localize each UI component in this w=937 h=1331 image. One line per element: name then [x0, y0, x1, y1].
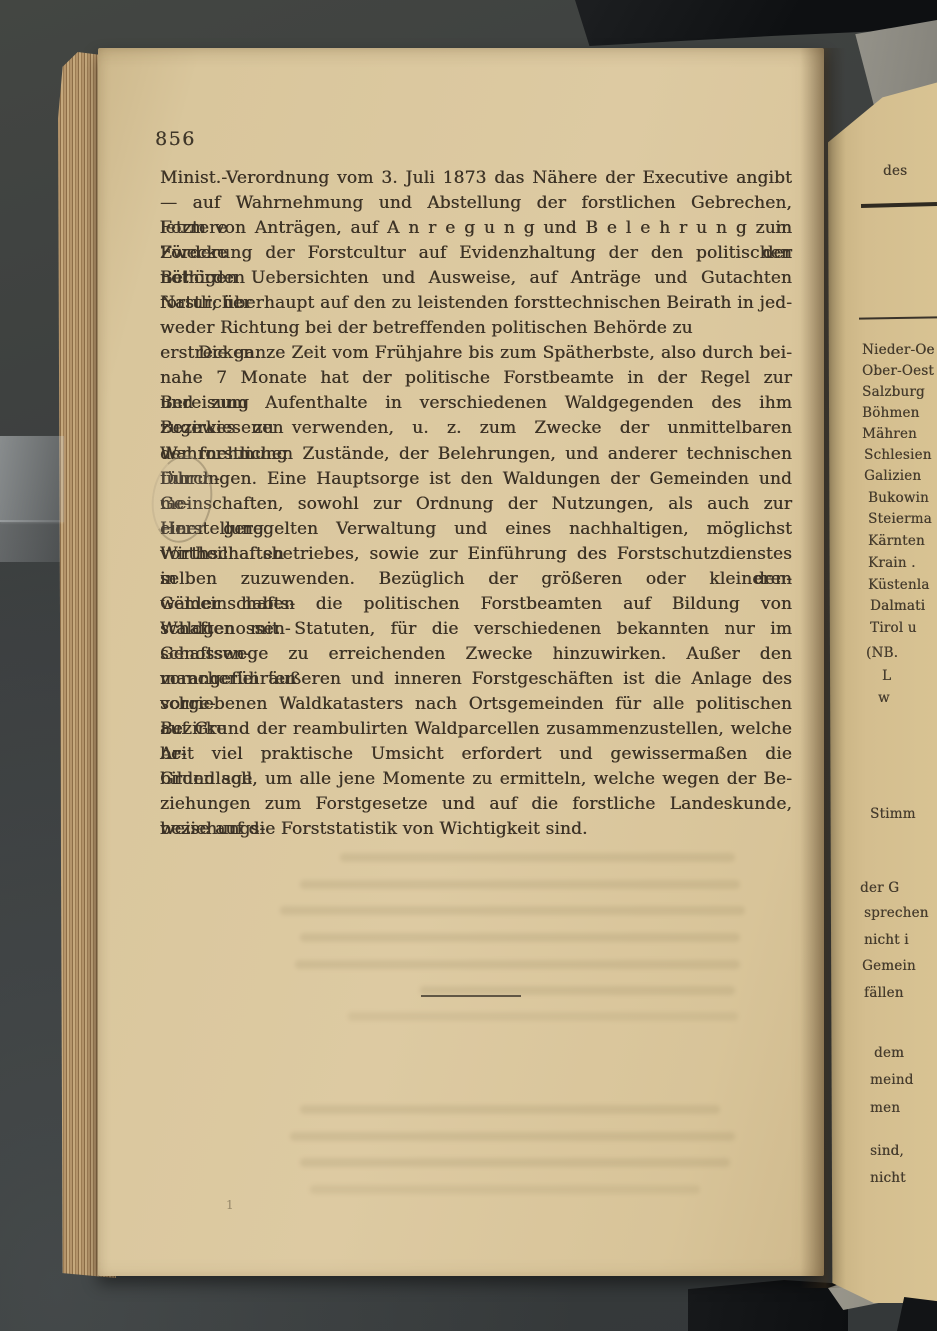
next-page-text-fragment: Schlesien — [864, 447, 932, 463]
next-page-text-fragment: des — [883, 163, 907, 179]
ghost-bleedthrough-line — [280, 906, 745, 915]
transparent-page-holder — [0, 436, 64, 522]
next-page-sliver: desNieder-OeOber-OestSalzburgBöhmenMähre… — [828, 55, 937, 1303]
body-text-block: Minist.-Verordnung vom 3. Juli 1873 das … — [160, 166, 792, 842]
body-text-line: der forstlichen Zustände, der Belehrunge… — [160, 442, 792, 467]
body-text-line: selben zuzuwenden. Bezüglich der größere… — [160, 567, 792, 592]
book-scan-photo: { "page": { "number": "856", "lines": [ … — [0, 0, 937, 1331]
next-page-text-fragment: Nieder-Oe — [862, 342, 935, 358]
body-text-line: einer geregelten Verwaltung und eines na… — [160, 517, 792, 542]
ghost-bleedthrough-line — [340, 853, 735, 862]
body-text-line: — auf Wahrnehmung und Abstellung der for… — [160, 191, 792, 216]
next-page-text-fragment: Ober-Oest — [862, 363, 934, 379]
next-page-text-fragment: w — [878, 690, 890, 706]
body-text-line: Form von Anträgen, auf A n r e g u n g u… — [160, 216, 792, 241]
next-page-text-fragment: Gemein — [862, 958, 916, 974]
body-text-line: Bezirkes zu verwenden, u. z. zum Zwecke … — [160, 416, 792, 441]
book-cover-bottom-edge — [688, 1280, 848, 1331]
next-page-text-fragment: der G — [860, 880, 899, 896]
signature-mark: 1 — [226, 1198, 234, 1212]
next-page-text-fragment: (NB. — [866, 645, 898, 661]
body-text-line: schaften mit Statuten, für die verschied… — [160, 617, 792, 642]
body-text-line: schaftswege zu erreichenden Zwecke hinzu… — [160, 642, 792, 667]
next-page-text-fragment: meind — [870, 1072, 913, 1088]
next-page-table-rule — [859, 316, 937, 319]
body-text-line: bilden soll, um alle jene Momente zu erm… — [160, 767, 792, 792]
next-page-text-fragment: Küstenla — [868, 577, 930, 593]
body-text-line: meinschaften, sowohl zur Ordnung der Nut… — [160, 492, 792, 517]
body-text-line: Natur; überhaupt auf den zu leistenden f… — [160, 291, 792, 316]
body-text-line: nahe 7 Monate hat der politische Forstbe… — [160, 366, 792, 391]
body-text-line: weise auf die Forststatistik von Wichtig… — [160, 817, 792, 842]
next-page-text-fragment: Bukowin — [868, 490, 929, 506]
ghost-bleedthrough-line — [348, 1012, 738, 1021]
next-page-text-fragment: Steierma — [868, 511, 932, 527]
next-page-text-fragment: Salzburg — [862, 384, 925, 400]
body-text-line: nöthigen Uebersichten und Ausweise, auf … — [160, 266, 792, 291]
next-page-text-fragment: fällen — [864, 985, 904, 1001]
next-page-text-fragment: men — [870, 1100, 900, 1116]
ghost-bleedthrough-line — [295, 960, 740, 969]
next-page-text-fragment: Dalmati — [870, 598, 925, 614]
next-page-text-fragment: Mähren — [862, 426, 917, 442]
body-text-line: ziehungen zum Forstgesetze und auf die f… — [160, 792, 792, 817]
section-divider-rule — [421, 995, 521, 997]
next-page-text-fragment: nicht i — [864, 932, 909, 948]
next-page-text-fragment: Krain . — [868, 555, 916, 571]
next-page-text-fragment: Böhmen — [862, 405, 919, 421]
body-text-line: und zum Aufenthalte in verschiedenen Wal… — [160, 391, 792, 416]
ghost-bleedthrough-line — [300, 1105, 720, 1114]
next-page-text-fragment: Tirol u — [870, 620, 917, 636]
book-page: 856 Minist.-Verordnung vom 3. Juli 1873 … — [98, 48, 824, 1276]
page-number: 856 — [155, 128, 196, 150]
next-page-text-fragment: sind, — [870, 1143, 904, 1159]
next-page-text-fragment: Kärnten — [868, 533, 925, 549]
next-page-text-fragment: L — [882, 668, 891, 684]
ghost-bleedthrough-line — [300, 880, 740, 889]
next-page-heading-rule — [861, 202, 937, 208]
body-text-line: auf Grund der reambulirten Waldparcellen… — [160, 717, 792, 742]
ghost-bleedthrough-line — [310, 1185, 700, 1194]
transparent-page-holder-lower — [0, 520, 60, 562]
ghost-bleedthrough-line — [420, 986, 735, 995]
body-text-line: weder Richtung bei der betreffenden poli… — [160, 316, 792, 341]
ghost-bleedthrough-line — [300, 1158, 730, 1167]
body-text-line: schriebenen Waldkatasters nach Ortsgemei… — [160, 692, 792, 717]
ghost-bleedthrough-line — [290, 1132, 735, 1141]
next-page-text-fragment: dem — [874, 1045, 904, 1061]
body-text-line: mancherlei äußeren und inneren Forstgesc… — [160, 667, 792, 692]
body-text-line: beit viel praktische Umsicht erfordert u… — [160, 742, 792, 767]
body-text-line: Die ganze Zeit vom Frühjahre bis zum Spä… — [160, 341, 792, 366]
next-page-text-fragment: nicht — [870, 1170, 906, 1186]
next-page-text-fragment: Galizien — [864, 468, 921, 484]
body-text-line: Minist.-Verordnung vom 3. Juli 1873 das … — [160, 166, 792, 191]
body-text-line: Förderung der Forstcultur auf Evidenzhal… — [160, 241, 792, 266]
body-text-line: Wirthschaftsbetriebes, sowie zur Einführ… — [160, 542, 792, 567]
next-page-text-fragment: sprechen — [864, 905, 929, 921]
body-text-line: wälder haben die politischen Forstbeamte… — [160, 592, 792, 617]
ghost-bleedthrough-line — [300, 933, 740, 942]
next-page-text-fragment: Stimm — [870, 806, 916, 822]
body-text-line: führungen. Eine Hauptsorge ist den Waldu… — [160, 467, 792, 492]
